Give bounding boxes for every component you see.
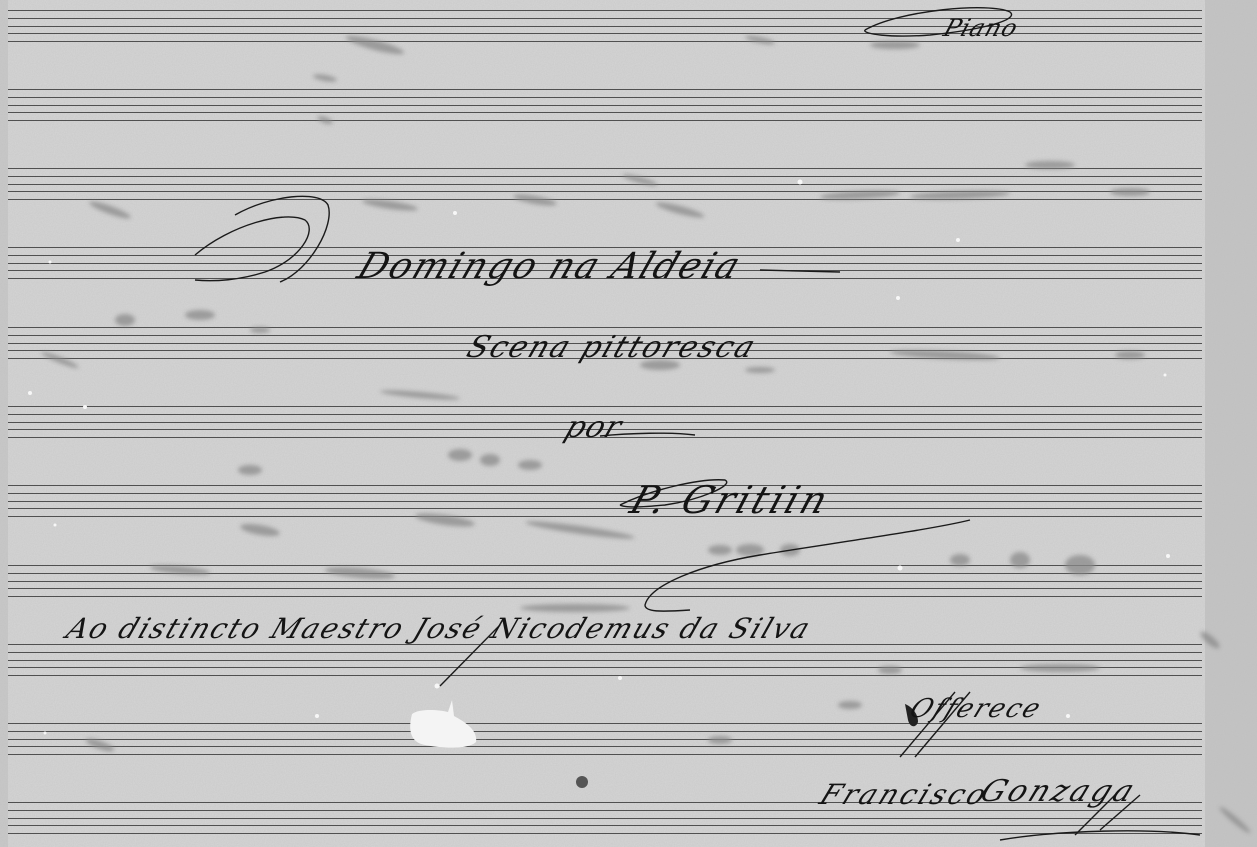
paper-grain [0,0,1257,847]
composer-name: P. Gritiin [625,478,836,522]
dedication-line: Ao distincto Maestro José Nicodemus da S… [62,612,816,645]
offer-label: Offerece [905,694,1047,724]
piece-title: Domingo na Aldeia [352,246,747,287]
signature-first-name: Francisco [815,778,994,811]
instrument-label: Piano [940,14,1022,42]
staff-paper [0,0,1257,847]
page-edge-left [0,0,8,847]
signature-last-name: Gonzaga [975,774,1142,809]
page-edge [1205,0,1257,847]
ink-blot [576,776,588,788]
piece-subtitle: Scena pittoresca [462,330,762,365]
manuscript-page: Piano Domingo na Aldeia Scena pittoresca… [0,0,1257,847]
